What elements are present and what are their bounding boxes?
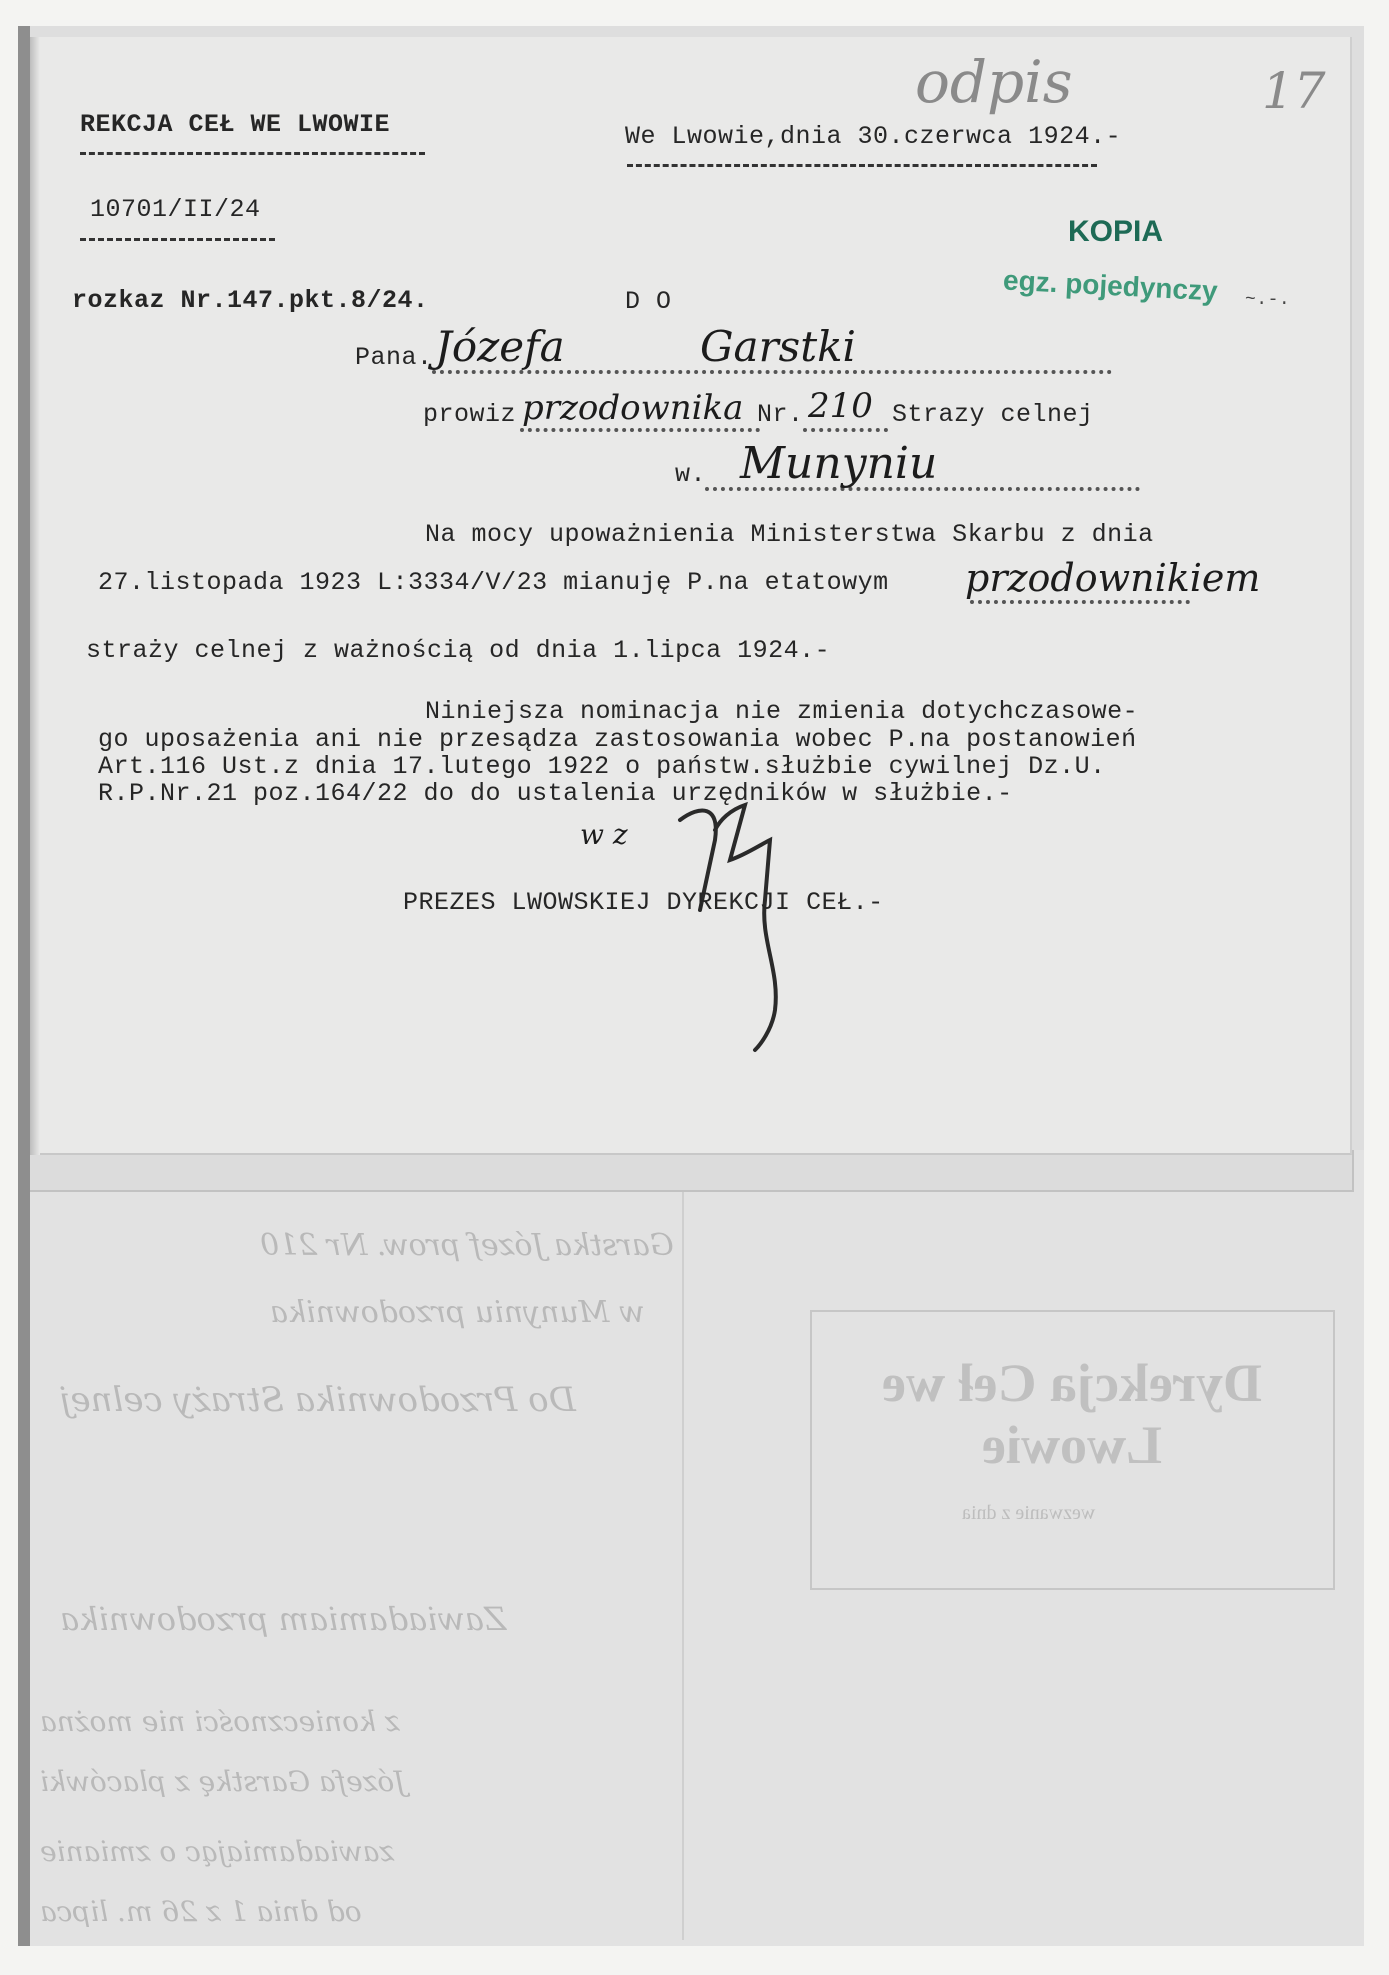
body-para2-line1: Niniejsza nominacja nie zmienia dotychcz…	[425, 697, 1138, 726]
addressee-label: D O	[625, 287, 672, 316]
pencil-note: odpis	[915, 48, 1073, 116]
appointment-dotted-line	[970, 600, 1190, 604]
signatory-title: PREZES LWOWSKIEJ DYREKCJI CEŁ.-	[403, 888, 884, 917]
pana-label: Pana.	[355, 343, 433, 372]
bleed-through-handwriting: z konieczności nie można	[40, 1705, 400, 1738]
bleed-through-handwriting: od dnia 1 z 26 m. lipca	[40, 1895, 362, 1928]
nr-label: Nr.	[757, 400, 804, 429]
bleed-through-handwriting: Józefa Garstkę z placówki	[40, 1765, 406, 1798]
w-label: w.	[675, 460, 706, 489]
bleed-through-handwriting: Zawiadamiam przodownika	[60, 1600, 506, 1638]
prowiz-label: prowiz	[423, 400, 516, 429]
second-sheet-edge	[30, 1150, 1354, 1192]
reference-number: 10701/II/24	[90, 195, 261, 224]
appointment-rank-handwritten: przodownikiem	[965, 556, 1260, 600]
stray-mark: ~.-.	[1245, 290, 1290, 310]
number-dotted-line	[803, 428, 888, 432]
bleed-through-handwriting: w Munyniu przodownika	[270, 1295, 645, 1330]
last-name-handwritten: Garstki	[700, 322, 856, 371]
first-name-handwritten: Józefa	[435, 322, 565, 371]
kopia-stamp: KOPIA	[1068, 215, 1163, 249]
body-para1-line1: Na mocy upoważnienia Ministerstwa Skarbu…	[425, 520, 1154, 549]
body-para2-line3: Art.116 Ust.z dnia 17.lutego 1922 o pańs…	[98, 752, 1106, 781]
reference-underline	[80, 238, 275, 241]
date-underline	[627, 164, 1097, 167]
office-name: REKCJA CEŁ WE LWOWIE	[80, 110, 390, 139]
bleed-through-handwriting: zawiadamiając o zmianie	[40, 1835, 394, 1868]
bleed-through-stamp: Dyrekcja Ceł we Lwowie wezwanie z dnia	[810, 1310, 1335, 1590]
card-shadow	[30, 37, 40, 1155]
body-para2-line2: go uposażenia ani nie przesądza zastosow…	[98, 725, 1137, 754]
signature-initials: w z	[580, 818, 628, 851]
office-underline	[80, 152, 425, 155]
place-date: We Lwowie,dnia 30.czerwca 1924.-	[625, 122, 1121, 151]
bleed-through-stamp-subtitle: wezwanie z dnia	[962, 1502, 1095, 1525]
number-handwritten: 210	[808, 386, 873, 426]
bleed-through-handwriting: Do Przodownika Straży celnej	[60, 1380, 576, 1420]
rank-handwritten: przodownika	[522, 388, 743, 428]
fold-line	[682, 1170, 684, 1940]
page-number: 17	[1262, 62, 1326, 120]
bleed-through-stamp-title: Dyrekcja Ceł we Lwowie	[822, 1352, 1322, 1476]
place-handwritten: Munyniu	[740, 438, 937, 489]
body-para1-line2: 27.listopada 1923 L:3334/V/23 mianuję P.…	[98, 568, 889, 597]
signature-scribble	[660, 800, 860, 1060]
bleed-through-handwriting: Garstka Józef prow. Nr 210	[260, 1228, 674, 1263]
unit-label: Strazy celnej	[892, 400, 1094, 429]
order-reference: rozkaz Nr.147.pkt.8/24.	[72, 286, 429, 315]
body-para1-line3: straży celnej z ważnością od dnia 1.lipc…	[86, 636, 830, 665]
rank-dotted-line	[520, 428, 760, 432]
body-para2-line4: R.P.Nr.21 poz.164/22 do do ustalenia urz…	[98, 779, 1013, 808]
